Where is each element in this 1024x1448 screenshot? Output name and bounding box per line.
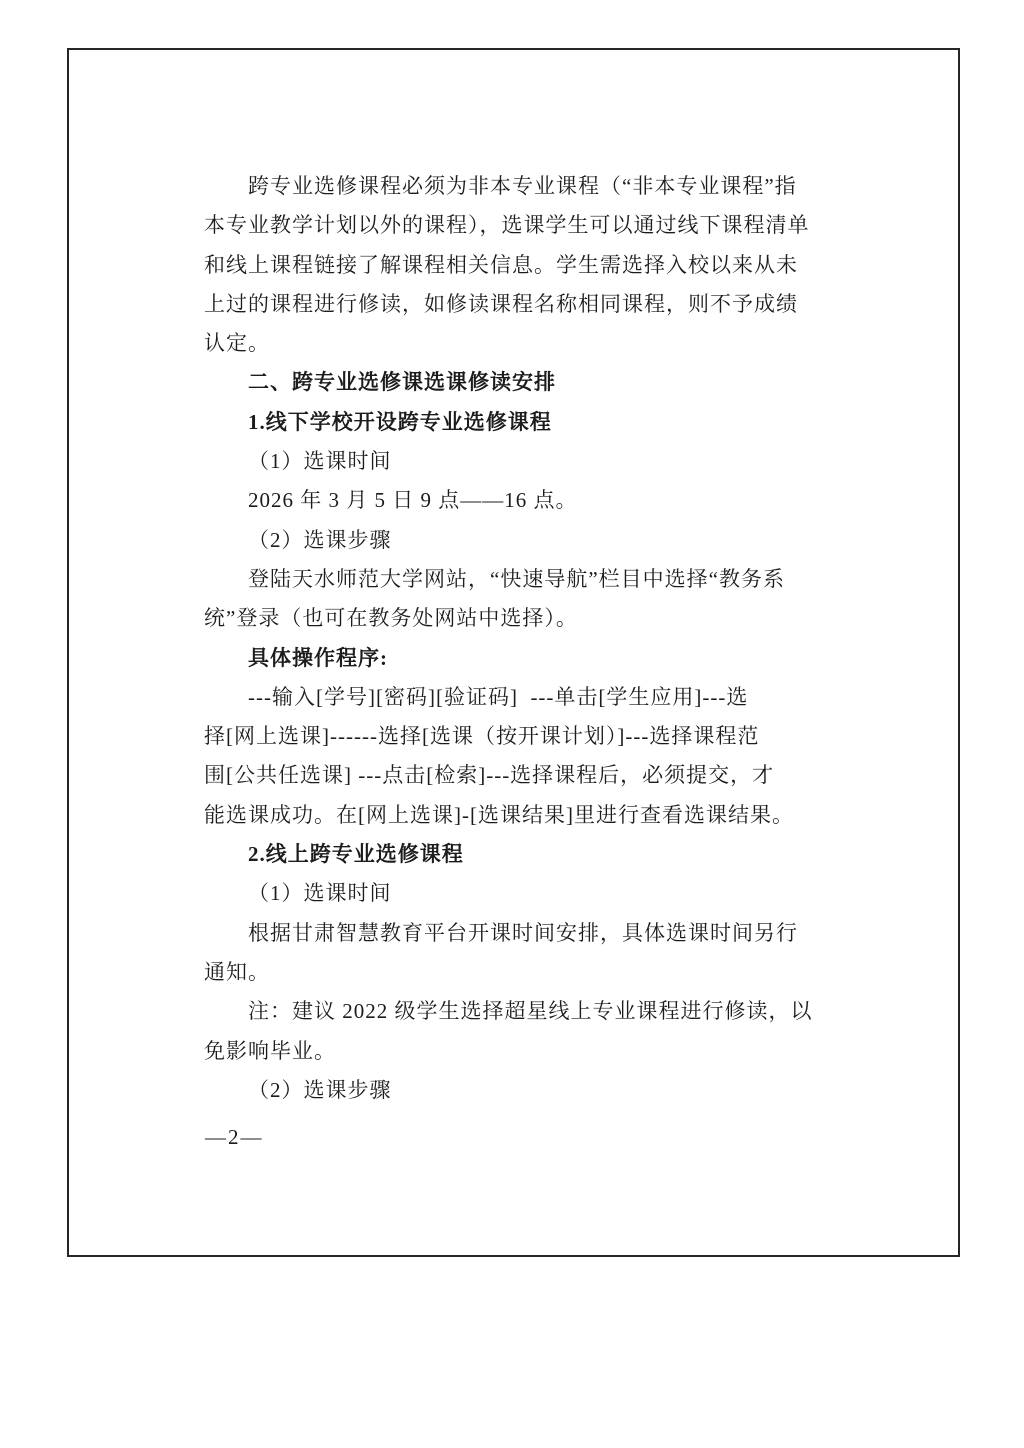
document-line: 登陆天水师范大学网站，“快速导航”栏目中选择“教务系 bbox=[204, 560, 824, 599]
document-line: 注：建议 2022 级学生选择超星线上专业课程进行修读，以 bbox=[204, 992, 824, 1031]
document-line: 免影响毕业。 bbox=[204, 1032, 824, 1071]
document-line: 通知。 bbox=[204, 953, 824, 992]
section-heading: 二、跨专业选修课选课修读安排 bbox=[204, 363, 824, 402]
document-line: 跨专业选修课程必须为非本专业课程（“非本专业课程”指 bbox=[204, 167, 824, 206]
document-line: 能选课成功。在[网上选课]-[选课结果]里进行查看选课结果。 bbox=[204, 796, 824, 835]
document-line: 统”登录（也可在教务处网站中选择）。 bbox=[204, 599, 824, 638]
document-line: 认定。 bbox=[204, 324, 824, 363]
document-line: 择[网上选课]------选择[选课（按开课计划）]---选择课程范 bbox=[204, 717, 824, 756]
document-line: 和线上课程链接了解课程相关信息。学生需选择入校以来从未 bbox=[204, 246, 824, 285]
section-heading: 2.线上跨专业选修课程 bbox=[204, 835, 824, 874]
section-heading: 1.线下学校开设跨专业选修课程 bbox=[204, 403, 824, 442]
document-line: 围[公共任选课] ---点击[检索]---选择课程后，必须提交，才 bbox=[204, 756, 824, 795]
document-line: 2026 年 3 月 5 日 9 点——16 点。 bbox=[204, 481, 824, 520]
document-line: 上过的课程进行修读，如修读课程名称相同课程，则不予成绩 bbox=[204, 285, 824, 324]
document-line: （2）选课步骤 bbox=[204, 521, 824, 560]
document-line: 根据甘肃智慧教育平台开课时间安排，具体选课时间另行 bbox=[204, 914, 824, 953]
section-heading: 具体操作程序: bbox=[204, 639, 824, 678]
document-line: 本专业教学计划以外的课程），选课学生可以通过线下课程清单 bbox=[204, 206, 824, 245]
document-line: （1）选课时间 bbox=[204, 874, 824, 913]
document-line: （1）选课时间 bbox=[204, 442, 824, 481]
document-line: ---输入[学号][密码][验证码] ---单击[学生应用]---选 bbox=[204, 678, 824, 717]
page-number: —2— bbox=[205, 1118, 264, 1157]
document-body: 跨专业选修课程必须为非本专业课程（“非本专业课程”指 本专业教学计划以外的课程）… bbox=[204, 167, 824, 1110]
document-line: （2）选课步骤 bbox=[204, 1071, 824, 1110]
